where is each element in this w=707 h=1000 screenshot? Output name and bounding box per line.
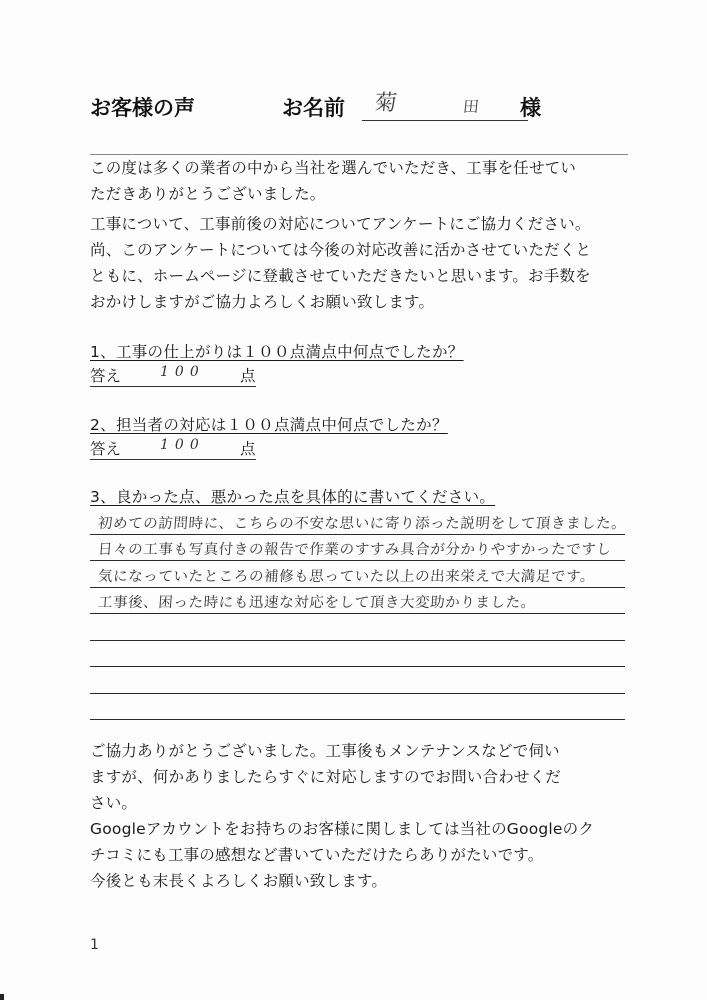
form-title: お客様の声 — [90, 92, 195, 122]
answer-line-blank — [90, 614, 625, 641]
scan-artifact — [0, 994, 4, 1000]
answer-label: 答え — [90, 437, 121, 459]
intro-line: ただきありがとうございました。 — [90, 181, 635, 207]
answer-line: 日々の工事も写真付きの報告で作業のすすみ具合が分かりやすかったですし — [90, 535, 625, 562]
form-header: お客様の声 お名前 菊 田 様 — [90, 92, 560, 126]
name-field-line — [362, 120, 528, 121]
answer-line-blank — [90, 667, 625, 694]
question-3-text: 3、良かった点、悪かった点を具体的に書いてください。 — [90, 488, 495, 506]
question-2-text: 2、担当者の対応は１００点満点中何点でしたか？ — [90, 416, 448, 434]
survey-request-paragraph: 工事について、工事前後の対応についてアンケートにご協力ください。 尚、このアンケ… — [90, 211, 635, 315]
answer-label: 答え — [90, 364, 121, 386]
answer-line: 気になっていたところの補修も思っていた以上の出来栄えで大満足です。 — [90, 561, 625, 588]
intro-line: この度は多くの業者の中から当社を選んでいただき、工事を任せてい — [90, 155, 635, 181]
answer-line-blank — [90, 641, 625, 668]
closing-line: チコミにも工事の感想など書いていただけたらありがたいです。 — [90, 842, 635, 868]
answer-underline — [90, 386, 256, 387]
request-line: ともに、ホームページに登載させていただきたいと思います。お手数を — [90, 263, 635, 289]
page-number: 1 — [90, 937, 99, 953]
question-1: 1、工事の仕上がりは１００点満点中何点でしたか？ — [90, 340, 464, 362]
closing-line: Googleアカウントをお持ちのお客様に関しましては当社のGoogleのク — [90, 816, 635, 842]
closing-paragraph: ご協力ありがとうございました。工事後もメンテナンスなどで伺い ますが、何かありま… — [90, 738, 635, 894]
request-line: おかけしますがご協力よろしくお願い致します。 — [90, 289, 635, 315]
survey-page: お客様の声 お名前 菊 田 様 この度は多くの業者の中から当社を選んでいただき、… — [0, 0, 707, 1000]
answer-line: 工事後、困った時にも迅速な対応をして頂き大変助かりました。 — [90, 588, 625, 615]
handwritten-comment: 初めての訪問時に、こちらの不安な思いに寄り添った説明をして頂きました。 — [97, 512, 627, 533]
answer-line: 初めての訪問時に、こちらの不安な思いに寄り添った説明をして頂きました。 — [90, 508, 625, 535]
question-2: 2、担当者の対応は１００点満点中何点でしたか？ — [90, 413, 448, 435]
answer-score-handwritten: 100 — [160, 437, 205, 453]
answer-line-blank — [90, 694, 625, 721]
question-2-answer: 答え 100 点 — [90, 437, 260, 461]
question-3-answer-lines: 初めての訪問時に、こちらの不安な思いに寄り添った説明をして頂きました。 日々の工… — [90, 508, 625, 720]
answer-unit: 点 — [240, 364, 256, 386]
name-label: お名前 — [282, 92, 345, 122]
closing-line: ますが、何かありましたらすぐに対応しますのでお問い合わせくだ — [90, 764, 635, 790]
answer-score-handwritten: 100 — [160, 364, 205, 380]
question-3: 3、良かった点、悪かった点を具体的に書いてください。 — [90, 485, 495, 507]
request-line: 工事について、工事前後の対応についてアンケートにご協力ください。 — [90, 211, 635, 237]
closing-line: 今後とも末長くよろしくお願い致します。 — [90, 868, 635, 894]
intro-paragraph: この度は多くの業者の中から当社を選んでいただき、工事を任せてい ただきありがとう… — [90, 155, 635, 207]
handwritten-name-first-char: 菊 — [373, 86, 398, 117]
question-1-answer: 答え 100 点 — [90, 364, 260, 388]
closing-line: ご協力ありがとうございました。工事後もメンテナンスなどで伺い — [90, 738, 635, 764]
handwritten-comment: 気になっていたところの補修も思っていた以上の出来栄えで大満足です。 — [97, 565, 596, 586]
honorific-suffix: 様 — [520, 92, 541, 122]
handwritten-comment: 日々の工事も写真付きの報告で作業のすすみ具合が分かりやすかったですし — [97, 538, 612, 559]
answer-underline — [90, 459, 256, 460]
question-1-text: 1、工事の仕上がりは１００点満点中何点でしたか？ — [90, 343, 464, 361]
handwritten-name-second-char: 田 — [462, 94, 480, 117]
request-line: 尚、このアンケートについては今後の対応改善に活かさせていただくと — [90, 237, 635, 263]
answer-unit: 点 — [240, 437, 256, 459]
handwritten-comment: 工事後、困った時にも迅速な対応をして頂き大変助かりました。 — [97, 591, 536, 612]
closing-line: さい。 — [90, 790, 635, 816]
